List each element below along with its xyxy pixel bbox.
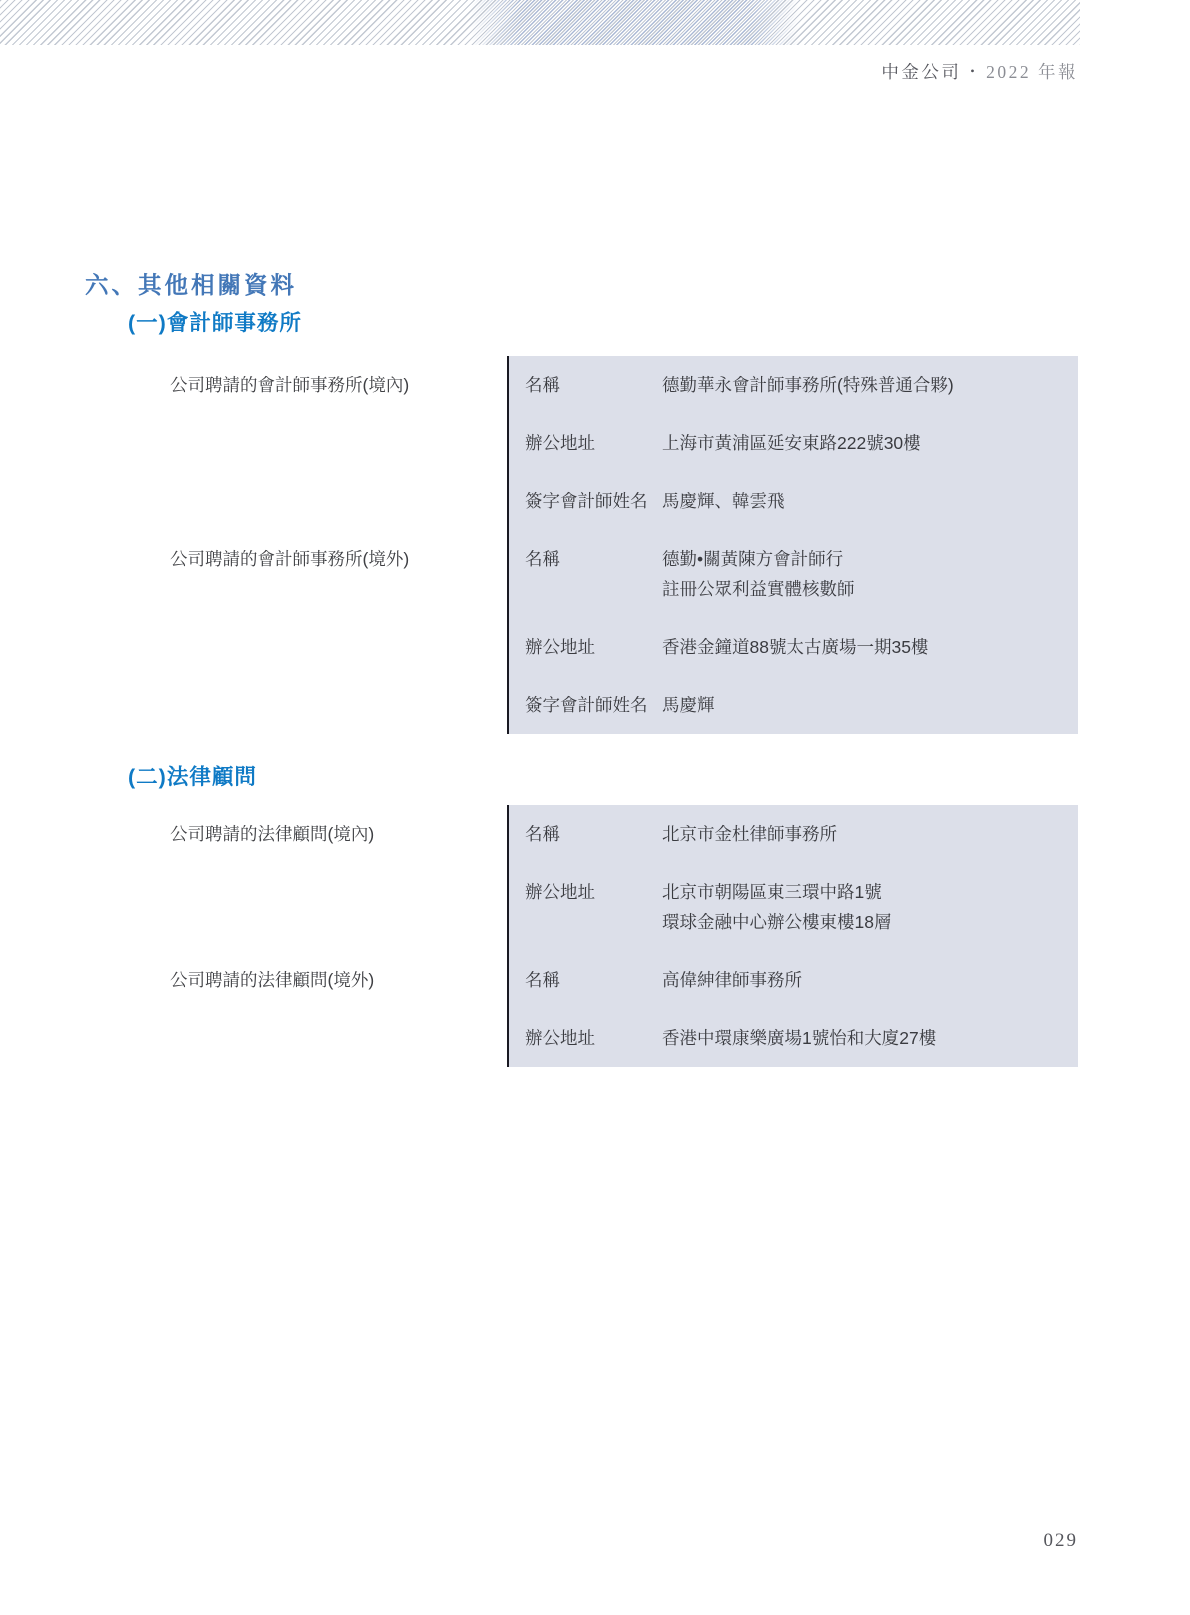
table-row: 名稱 高偉紳律師事務所	[509, 951, 1078, 1009]
field-value: 馬慶輝	[662, 690, 1068, 720]
table-row: 名稱 北京市金杜律師事務所	[509, 805, 1078, 863]
row-caption: 公司聘請的法律顧問(境外)	[170, 951, 507, 1067]
field-value: 香港中環康樂廣場1號怡和大廈27樓	[662, 1023, 1068, 1053]
field-value: 馬慶輝、韓雲飛	[662, 486, 1068, 516]
value-line: 註冊公眾利益實體核數師	[662, 574, 1068, 604]
field-value: 德勤•關黃陳方會計師行 註冊公眾利益實體核數師	[662, 544, 1068, 604]
legal-table: 公司聘請的法律顧問(境內) 名稱 北京市金杜律師事務所 辦公地址 北京市朝陽區東…	[170, 805, 1078, 1067]
table-row: 辦公地址 香港中環康樂廣場1號怡和大廈27樓	[509, 1009, 1078, 1067]
value-line: 北京市金杜律師事務所	[662, 819, 1068, 849]
field-value: 北京市金杜律師事務所	[662, 819, 1068, 849]
field-label: 名稱	[525, 370, 662, 400]
field-label: 簽字會計師姓名	[525, 690, 662, 720]
table-rows: 名稱 德勤華永會計師事務所(特殊普通合夥) 辦公地址 上海市黃浦區延安東路222…	[507, 356, 1078, 530]
table-row: 辦公地址 上海市黃浦區延安東路222號30樓	[509, 414, 1078, 472]
field-value: 香港金鐘道88號太古廣場一期35樓	[662, 632, 1068, 662]
field-value: 高偉紳律師事務所	[662, 965, 1068, 995]
value-line: 馬慶輝	[662, 690, 1068, 720]
section-title: 六、其他相關資料	[85, 266, 297, 300]
legal-domestic-group: 公司聘請的法律顧問(境內) 名稱 北京市金杜律師事務所 辦公地址 北京市朝陽區東…	[170, 805, 1078, 951]
field-label: 名稱	[525, 965, 662, 995]
field-label: 名稱	[525, 544, 662, 604]
value-line: 香港中環康樂廣場1號怡和大廈27樓	[662, 1023, 1068, 1053]
field-label: 辦公地址	[525, 428, 662, 458]
subsection-title-legal: (二)法律顧問	[128, 760, 257, 791]
table-rows: 名稱 高偉紳律師事務所 辦公地址 香港中環康樂廣場1號怡和大廈27樓	[507, 951, 1078, 1067]
value-line: 馬慶輝、韓雲飛	[662, 486, 1068, 516]
table-row: 辦公地址 北京市朝陽區東三環中路1號 環球金融中心辦公樓東樓18層	[509, 863, 1078, 951]
document-page: 中金公司•2022 年報 六、其他相關資料 (一)會計師事務所 公司聘請的會計師…	[0, 0, 1190, 1615]
legal-overseas-group: 公司聘請的法律顧問(境外) 名稱 高偉紳律師事務所 辦公地址 香港中環康樂廣場1…	[170, 951, 1078, 1067]
table-row: 簽字會計師姓名 馬慶輝	[509, 676, 1078, 734]
value-line: 德勤華永會計師事務所(特殊普通合夥)	[662, 370, 1068, 400]
value-line: 上海市黃浦區延安東路222號30樓	[662, 428, 1068, 458]
field-label: 名稱	[525, 819, 662, 849]
value-line: 北京市朝陽區東三環中路1號	[662, 877, 1068, 907]
separator-dot: •	[970, 64, 977, 78]
field-label: 辦公地址	[525, 632, 662, 662]
accountants-overseas-group: 公司聘請的會計師事務所(境外) 名稱 德勤•關黃陳方會計師行 註冊公眾利益實體核…	[170, 530, 1078, 734]
field-label: 簽字會計師姓名	[525, 486, 662, 516]
accountants-domestic-group: 公司聘請的會計師事務所(境內) 名稱 德勤華永會計師事務所(特殊普通合夥) 辦公…	[170, 356, 1078, 530]
company-name: 中金公司	[881, 62, 961, 82]
field-value: 德勤華永會計師事務所(特殊普通合夥)	[662, 370, 1068, 400]
value-line: 香港金鐘道88號太古廣場一期35樓	[662, 632, 1068, 662]
row-caption: 公司聘請的會計師事務所(境內)	[170, 356, 507, 530]
table-row: 簽字會計師姓名 馬慶輝、韓雲飛	[509, 472, 1078, 530]
row-caption: 公司聘請的會計師事務所(境外)	[170, 530, 507, 734]
row-caption: 公司聘請的法律顧問(境內)	[170, 805, 507, 951]
table-rows: 名稱 德勤•關黃陳方會計師行 註冊公眾利益實體核數師 辦公地址 香港金鐘道88號…	[507, 530, 1078, 734]
value-line: 高偉紳律師事務所	[662, 965, 1068, 995]
field-value: 上海市黃浦區延安東路222號30樓	[662, 428, 1068, 458]
value-line: 環球金融中心辦公樓東樓18層	[662, 907, 1068, 937]
table-row: 名稱 德勤華永會計師事務所(特殊普通合夥)	[509, 356, 1078, 414]
accountants-table: 公司聘請的會計師事務所(境內) 名稱 德勤華永會計師事務所(特殊普通合夥) 辦公…	[170, 356, 1078, 734]
subsection-title-accountants: (一)會計師事務所	[128, 306, 302, 337]
page-number: 029	[1044, 1530, 1079, 1552]
hatched-band-accent	[470, 0, 800, 45]
running-head: 中金公司•2022 年報	[881, 59, 1078, 84]
field-value: 北京市朝陽區東三環中路1號 環球金融中心辦公樓東樓18層	[662, 877, 1068, 937]
value-line: 德勤•關黃陳方會計師行	[662, 544, 1068, 574]
table-rows: 名稱 北京市金杜律師事務所 辦公地址 北京市朝陽區東三環中路1號 環球金融中心辦…	[507, 805, 1078, 951]
field-label: 辦公地址	[525, 1023, 662, 1053]
table-row: 辦公地址 香港金鐘道88號太古廣場一期35樓	[509, 618, 1078, 676]
field-label: 辦公地址	[525, 877, 662, 937]
table-row: 名稱 德勤•關黃陳方會計師行 註冊公眾利益實體核數師	[509, 530, 1078, 618]
report-edition: 2022 年報	[986, 62, 1078, 82]
